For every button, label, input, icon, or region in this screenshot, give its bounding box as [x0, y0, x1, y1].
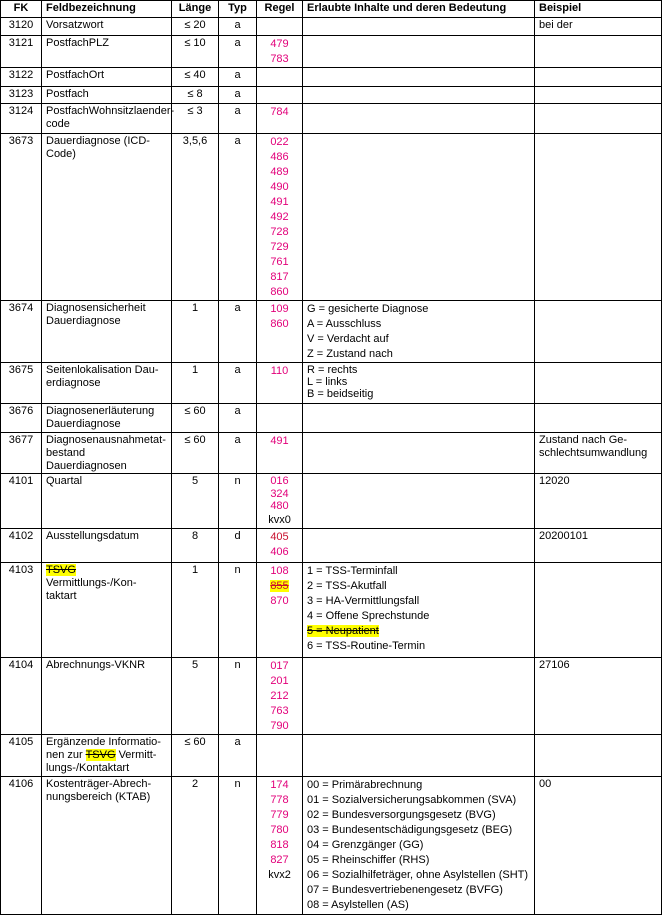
allowed-values: [303, 528, 535, 562]
rule-codes: [257, 68, 303, 87]
rule-code[interactable]: 860: [261, 285, 298, 300]
field-code: 4106: [1, 776, 42, 903]
field-length: 5: [172, 474, 219, 529]
allowed-values: [303, 87, 535, 104]
example-value: 20200101: [535, 528, 662, 562]
field-length: ≤ 60: [172, 433, 219, 474]
allowed-value: 5 = Neupatient: [307, 624, 530, 639]
field-code: 4104: [1, 657, 42, 734]
header-row: FK Feldbezeichnung Länge Typ Regel Erlau…: [1, 1, 662, 18]
allowed-values: 1 = TSS-Terminfall2 = TSS-Akutfall3 = HA…: [303, 562, 535, 657]
field-code: 3123: [1, 87, 42, 104]
rule-code[interactable]: 818: [261, 838, 298, 853]
rule-codes: [257, 87, 303, 104]
example-value: [535, 104, 662, 134]
rule-code[interactable]: 827: [261, 853, 298, 868]
rule-code[interactable]: 486: [261, 150, 298, 165]
field-length: 3,5,6: [172, 134, 219, 301]
example-value: [535, 562, 662, 657]
rule-codes: 110: [257, 363, 303, 404]
allowed-values: 00 = Primärabrechnung01 = Sozialversiche…: [303, 776, 535, 903]
rule-code[interactable]: 108: [261, 564, 298, 579]
rule-codes: 174778779780818827kvx2: [257, 776, 303, 903]
table-row: 4103TSVG Vermittlungs-/Kon-taktart1n1088…: [1, 562, 662, 657]
table-row: 3676Diagnosenerläuterung Dauerdiagnose≤ …: [1, 404, 662, 433]
table-row: 3673Dauerdiagnose (ICD-Code)3,5,6a022486…: [1, 134, 662, 301]
field-code: 3677: [1, 433, 42, 474]
rule-code[interactable]: 017: [261, 659, 298, 674]
field-code: 4101: [1, 474, 42, 529]
struck-text: TSVG: [46, 564, 76, 576]
field-type: a: [219, 734, 257, 776]
example-value: [535, 68, 662, 87]
allowed-values: [303, 657, 535, 734]
rule-code[interactable]: 492: [261, 210, 298, 225]
rule-code[interactable]: 790: [261, 719, 298, 734]
rule-code[interactable]: 324: [261, 488, 298, 501]
field-type: a: [219, 363, 257, 404]
field-type: a: [219, 104, 257, 134]
header-fk: FK: [1, 1, 42, 18]
field-length: ≤ 8: [172, 87, 219, 104]
header-laenge: Länge: [172, 1, 219, 18]
field-type: a: [219, 301, 257, 363]
rule-code[interactable]: 022: [261, 135, 298, 150]
field-name: Postfach: [42, 87, 172, 104]
example-value: bei der: [535, 18, 662, 36]
field-name: Quartal: [42, 474, 172, 529]
table-row: 3675Seitenlokalisation Dau-​erdiagnose1a…: [1, 363, 662, 404]
field-length: 1: [172, 562, 219, 657]
field-length: 1: [172, 363, 219, 404]
example-value: [535, 134, 662, 301]
header-regel: Regel: [257, 1, 303, 18]
allowed-value: 06 = Sozialhilfeträger, ohne Asylstellen…: [307, 868, 530, 883]
field-code: 3122: [1, 68, 42, 87]
allowed-value: 4 = Offene Sprechstunde: [307, 609, 530, 624]
header-beispiel: Beispiel: [535, 1, 662, 18]
table-row: 3122PostfachOrt≤ 40a: [1, 68, 662, 87]
table-row: 4106Kostenträger-Abrech-​nungsbereich (K…: [1, 776, 662, 903]
field-name: Diagnosenerläuterung Dauerdiagnose: [42, 404, 172, 433]
table-row: 4101Quartal5n016324480kvx012020: [1, 474, 662, 529]
allowed-values: [303, 404, 535, 433]
field-type: d: [219, 528, 257, 562]
allowed-values: [303, 104, 535, 134]
field-type: n: [219, 657, 257, 734]
field-name: Ausstellungsdatum: [42, 528, 172, 562]
allowed-value: 02 = Bundesversorgungsgesetz (BVG): [307, 808, 530, 823]
rule-code[interactable]: 489: [261, 165, 298, 180]
field-code: 3124: [1, 104, 42, 134]
example-value: [535, 301, 662, 363]
rule-code[interactable]: 784: [261, 105, 298, 120]
struck-value: 5 = Neupatient: [307, 625, 379, 637]
field-length: 5: [172, 657, 219, 734]
field-code: 4105: [1, 734, 42, 776]
field-code: 4103: [1, 562, 42, 657]
allowed-values: [303, 734, 535, 776]
field-type: a: [219, 404, 257, 433]
allowed-values: [303, 134, 535, 301]
example-value: [535, 87, 662, 104]
rule-code[interactable]: 405: [261, 530, 298, 545]
allowed-value: 2 = TSS-Akutfall: [307, 579, 530, 594]
field-type: a: [219, 134, 257, 301]
allowed-value: 05 = Rheinschiffer (RHS): [307, 853, 530, 868]
allowed-value: 07 = Bundesvertriebenengesetz (BVFG): [307, 883, 530, 898]
rule-codes: 016324480kvx0: [257, 474, 303, 529]
allowed-value: B = beidseitig: [307, 388, 530, 400]
struck-rule: 855: [270, 580, 288, 592]
allowed-value: Z = Zustand nach: [307, 347, 530, 362]
rule-code[interactable]: 729: [261, 240, 298, 255]
field-name: Kostenträger-Abrech-​nungsbereich (KTAB): [42, 776, 172, 903]
field-spec-table: FK Feldbezeichnung Länge Typ Regel Erlau…: [0, 0, 662, 903]
field-length: ≤ 3: [172, 104, 219, 134]
header-erlaubte-inhalte: Erlaubte Inhalte und deren Bedeutung: [303, 1, 535, 18]
field-length: ≤ 60: [172, 734, 219, 776]
header-feldbezeichnung: Feldbezeichnung: [42, 1, 172, 18]
field-type: n: [219, 474, 257, 529]
example-value: 12020: [535, 474, 662, 529]
rule-code[interactable]: 110: [261, 364, 298, 379]
allowed-values: [303, 433, 535, 474]
rule-code[interactable]: 761: [261, 255, 298, 270]
field-name: Dauerdiagnose (ICD-Code): [42, 134, 172, 301]
allowed-values: [303, 18, 535, 36]
field-name: Vorsatzwort: [42, 18, 172, 36]
allowed-value: A = Ausschluss: [307, 317, 530, 332]
rule-code[interactable]: 109: [261, 302, 298, 317]
field-name: PostfachWohnsitzlaender-​code: [42, 104, 172, 134]
table-row: 4102Ausstellungsdatum8d40540620200101: [1, 528, 662, 562]
field-name: TSVG Vermittlungs-/Kon-taktart: [42, 562, 172, 657]
allowed-value: 03 = Bundesentschädigungsgesetz (BEG): [307, 823, 530, 838]
rule-extra: kvx0: [261, 513, 298, 528]
table-row: 3674Diagnosensicherheit Dauerdiagnose1a1…: [1, 301, 662, 363]
field-code: 3675: [1, 363, 42, 404]
rule-codes: 405406: [257, 528, 303, 562]
example-value: Zustand nach Ge-schlechtsumwandlung: [535, 433, 662, 474]
example-value: [535, 363, 662, 404]
rule-code[interactable]: 778: [261, 793, 298, 808]
rule-code[interactable]: 817: [261, 270, 298, 285]
field-code: 3676: [1, 404, 42, 433]
rule-codes: 784: [257, 104, 303, 134]
field-type: a: [219, 36, 257, 68]
field-name: Seitenlokalisation Dau-​erdiagnose: [42, 363, 172, 404]
allowed-value: R = rechts: [307, 364, 530, 376]
field-length: 2: [172, 776, 219, 903]
field-type: a: [219, 68, 257, 87]
rule-code[interactable]: 780: [261, 823, 298, 838]
field-type: a: [219, 87, 257, 104]
rule-codes: 479783: [257, 36, 303, 68]
field-type: a: [219, 18, 257, 36]
allowed-value: 00 = Primärabrechnung: [307, 778, 530, 793]
allowed-values: [303, 36, 535, 68]
field-name: Diagnosenausnahmetat-​bestand Dauerdiagn…: [42, 433, 172, 474]
rule-code[interactable]: 779: [261, 808, 298, 823]
field-type: n: [219, 776, 257, 903]
allowed-values: G = gesicherte DiagnoseA = AusschlussV =…: [303, 301, 535, 363]
rule-code[interactable]: 406: [261, 545, 298, 560]
field-code: 3121: [1, 36, 42, 68]
rule-code[interactable]: 860: [261, 317, 298, 332]
field-name: Ergänzende Informatio-nen zur TSVG Vermi…: [42, 734, 172, 776]
rule-codes: 491: [257, 433, 303, 474]
allowed-values: [303, 474, 535, 529]
rule-codes: [257, 404, 303, 433]
rule-code[interactable]: 016: [261, 475, 298, 488]
field-length: ≤ 60: [172, 404, 219, 433]
rule-code[interactable]: 783: [261, 52, 298, 67]
example-value: 27106: [535, 657, 662, 734]
field-length: ≤ 40: [172, 68, 219, 87]
field-code: 3673: [1, 134, 42, 301]
field-type: a: [219, 433, 257, 474]
rule-codes: [257, 734, 303, 776]
header-typ: Typ: [219, 1, 257, 18]
rule-codes: [257, 18, 303, 36]
rule-code[interactable]: 174: [261, 778, 298, 793]
allowed-value: 08 = Asylstellen (AS): [307, 898, 530, 904]
rule-code[interactable]: 480: [261, 500, 298, 513]
rule-extra: kvx2: [261, 868, 298, 883]
field-name: PostfachPLZ: [42, 36, 172, 68]
rule-codes: 109860: [257, 301, 303, 363]
example-value: [535, 734, 662, 776]
rule-codes: 017201212763790: [257, 657, 303, 734]
field-name: Abrechnungs-VKNR: [42, 657, 172, 734]
allowed-value: 3 = HA-Vermittlungsfall: [307, 594, 530, 609]
rule-code[interactable]: 763: [261, 704, 298, 719]
rule-code[interactable]: 870: [261, 594, 298, 609]
field-length: 1: [172, 301, 219, 363]
field-code: 3120: [1, 18, 42, 36]
allowed-value: 6 = TSS-Routine-Termin: [307, 639, 530, 654]
field-length: ≤ 20: [172, 18, 219, 36]
example-value: [535, 404, 662, 433]
field-code: 3674: [1, 301, 42, 363]
struck-text: TSVG: [86, 749, 116, 761]
rule-code[interactable]: 212: [261, 689, 298, 704]
rule-code[interactable]: 855: [261, 579, 298, 594]
field-name: Diagnosensicherheit Dauerdiagnose: [42, 301, 172, 363]
field-code: 4102: [1, 528, 42, 562]
table-row: 3677Diagnosenausnahmetat-​bestand Dauerd…: [1, 433, 662, 474]
allowed-value: 01 = Sozialversicherungsabkommen (SVA): [307, 793, 530, 808]
field-name: PostfachOrt: [42, 68, 172, 87]
allowed-value: 1 = TSS-Terminfall: [307, 564, 530, 579]
rule-code[interactable]: 728: [261, 225, 298, 240]
rule-code[interactable]: 479: [261, 37, 298, 52]
allowed-value: V = Verdacht auf: [307, 332, 530, 347]
example-value: 00: [535, 776, 662, 903]
rule-codes: 022486489490491492728729761817860: [257, 134, 303, 301]
table-row: 3124PostfachWohnsitzlaender-​code≤ 3a784: [1, 104, 662, 134]
table-row: 4105Ergänzende Informatio-nen zur TSVG V…: [1, 734, 662, 776]
allowed-values: R = rechtsL = linksB = beidseitig: [303, 363, 535, 404]
rule-code[interactable]: 491: [261, 195, 298, 210]
example-value: [535, 36, 662, 68]
table-row: 3120Vorsatzwort≤ 20abei der: [1, 18, 662, 36]
allowed-value: G = gesicherte Diagnose: [307, 302, 530, 317]
rule-code[interactable]: 490: [261, 180, 298, 195]
table-row: 4104Abrechnungs-VKNR5n017201212763790271…: [1, 657, 662, 734]
rule-code[interactable]: 201: [261, 674, 298, 689]
field-type: n: [219, 562, 257, 657]
table-row: 3121PostfachPLZ≤ 10a479783: [1, 36, 662, 68]
allowed-value: 04 = Grenzgänger (GG): [307, 838, 530, 853]
allowed-value: L = links: [307, 376, 530, 388]
field-length: 8: [172, 528, 219, 562]
field-length: ≤ 10: [172, 36, 219, 68]
rule-code[interactable]: 491: [261, 434, 298, 449]
allowed-values: [303, 68, 535, 87]
table-row: 3123Postfach≤ 8a: [1, 87, 662, 104]
rule-codes: 108855870: [257, 562, 303, 657]
